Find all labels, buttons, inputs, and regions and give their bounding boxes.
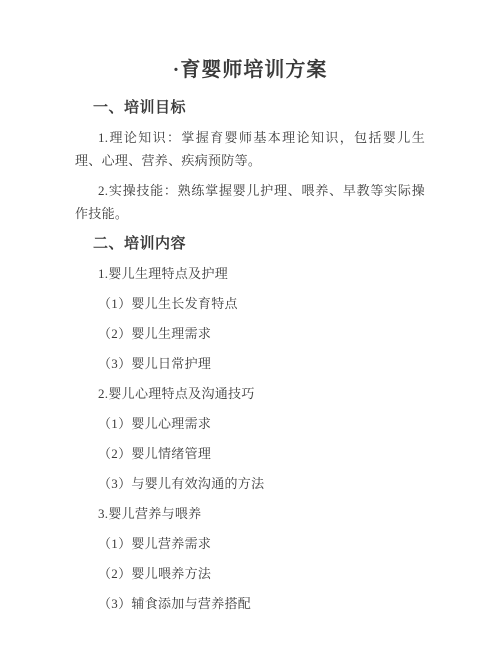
section-heading-training-goals: 一、培训目标 xyxy=(75,96,425,120)
doc-paragraph: （3）与婴儿有效沟通的方法 xyxy=(75,472,425,495)
document-title: ·育婴师培训方案 xyxy=(75,57,425,83)
section-heading-training-content: 二、培训内容 xyxy=(75,232,425,256)
doc-paragraph: （3）婴儿日常护理 xyxy=(75,352,425,375)
document-page: ·育婴师培训方案 一、培训目标 1.理论知识：掌握育婴师基本理论知识，包括婴儿生… xyxy=(0,0,500,647)
doc-paragraph: （3）辅食添加与营养搭配 xyxy=(75,592,425,615)
doc-paragraph: 3.婴儿营养与喂养 xyxy=(75,502,425,525)
doc-paragraph: （1）婴儿营养需求 xyxy=(75,532,425,555)
doc-paragraph: （1）婴儿生长发育特点 xyxy=(75,292,425,315)
doc-paragraph: 1.理论知识：掌握育婴师基本理论知识，包括婴儿生理、心理、营养、疾病预防等。 xyxy=(75,126,425,172)
doc-paragraph: 2.实操技能：熟练掌握婴儿护理、喂养、早教等实际操作技能。 xyxy=(75,179,425,225)
doc-paragraph: 1.婴儿生理特点及护理 xyxy=(75,262,425,285)
doc-paragraph: （2）婴儿喂养方法 xyxy=(75,562,425,585)
doc-paragraph: 2.婴儿心理特点及沟通技巧 xyxy=(75,382,425,405)
doc-paragraph: （1）婴儿心理需求 xyxy=(75,412,425,435)
doc-paragraph: （2）婴儿生理需求 xyxy=(75,322,425,345)
doc-paragraph: （2）婴儿情绪管理 xyxy=(75,442,425,465)
